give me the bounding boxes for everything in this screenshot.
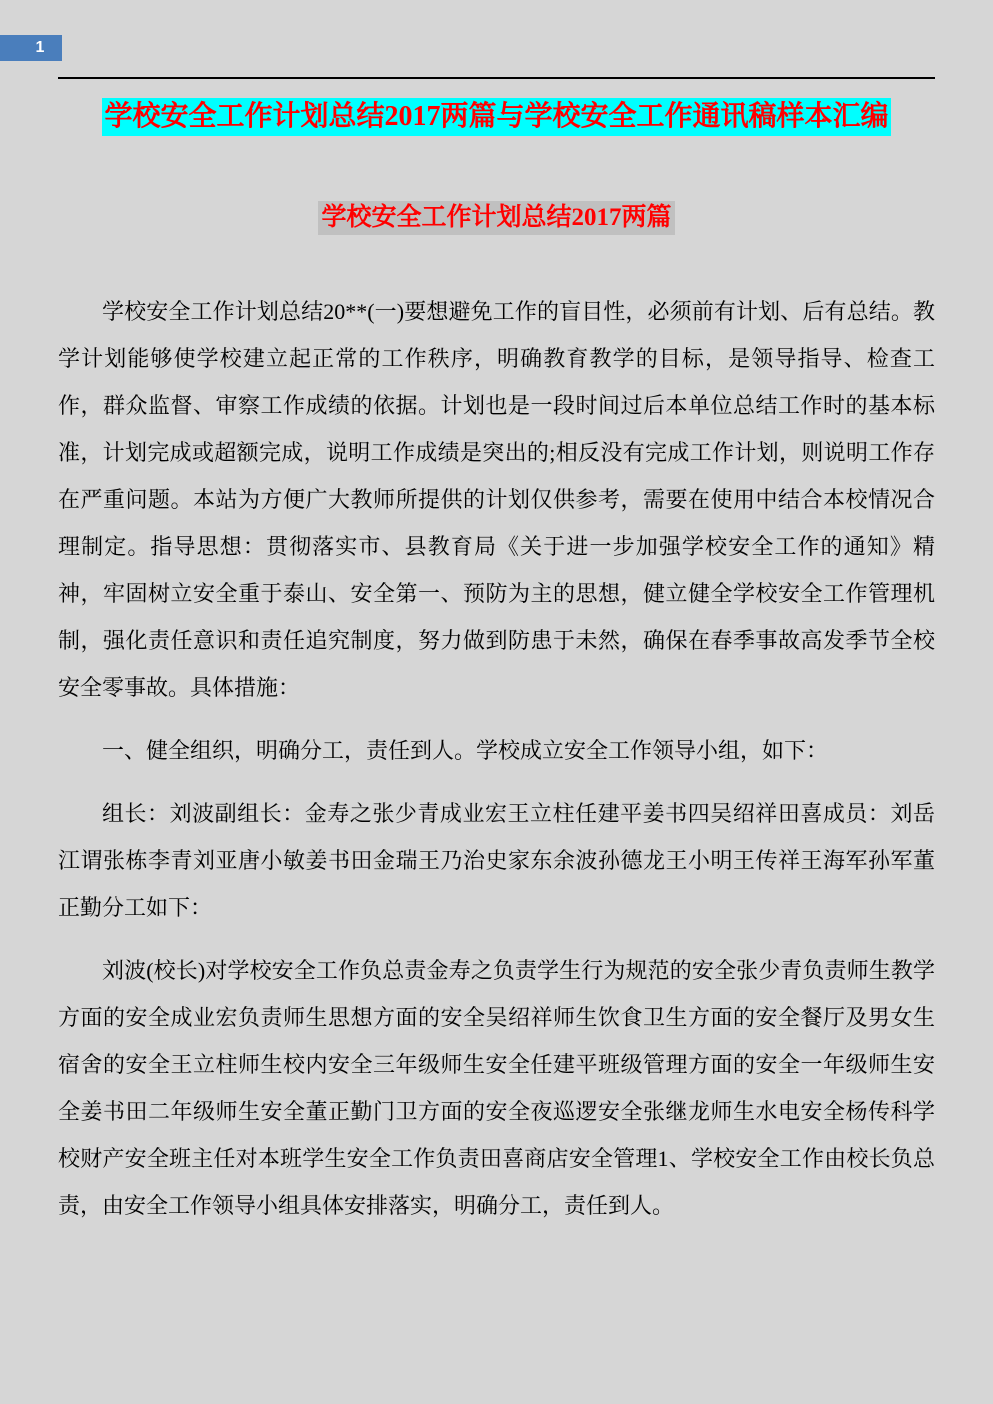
- document-subtitle: 学校安全工作计划总结2017两篇: [318, 201, 674, 235]
- header-divider-line: [58, 77, 935, 79]
- document-body: 学校安全工作计划总结20**(一)要想避免工作的盲目性，必须前有计划、后有总结。…: [58, 288, 935, 1245]
- body-paragraph-1: 学校安全工作计划总结20**(一)要想避免工作的盲目性，必须前有计划、后有总结。…: [58, 288, 935, 711]
- document-page: { "page": { "badge": "1", "title": "学校安全…: [0, 0, 993, 1404]
- title-row: 学校安全工作计划总结2017两篇与学校安全工作通讯稿样本汇编: [0, 98, 993, 136]
- body-paragraph-2: 一、健全组织，明确分工，责任到人。学校成立安全工作领导小组，如下：: [58, 727, 935, 774]
- body-paragraph-4: 刘波(校长)对学校安全工作负总责金寿之负责学生行为规范的安全张少青负责师生教学方…: [58, 947, 935, 1229]
- page-number-badge: 1: [0, 35, 62, 61]
- body-paragraph-3: 组长：刘波副组长：金寿之张少青成业宏王立柱任建平姜书四吴绍祥田喜成员：刘岳江谓张…: [58, 790, 935, 931]
- subtitle-row: 学校安全工作计划总结2017两篇: [0, 201, 993, 235]
- document-title: 学校安全工作计划总结2017两篇与学校安全工作通讯稿样本汇编: [102, 98, 890, 136]
